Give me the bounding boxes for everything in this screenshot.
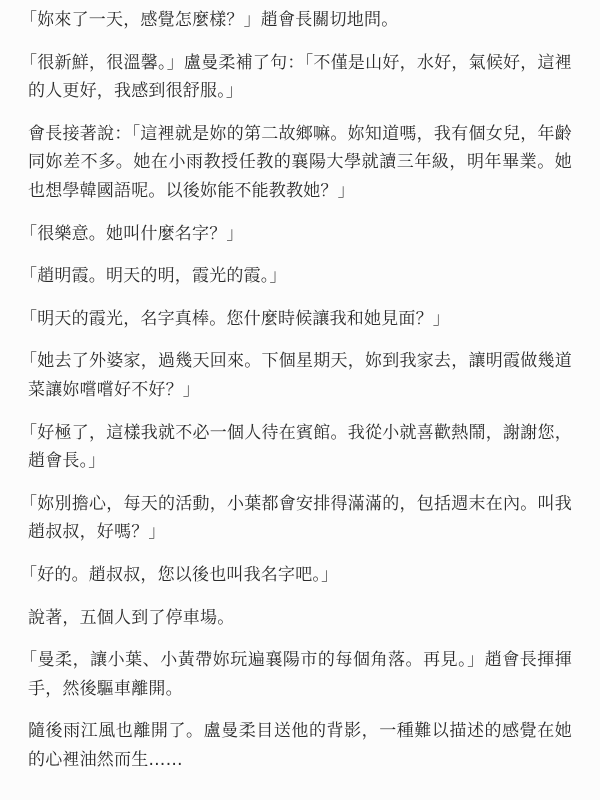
paragraph: 「明天的霞光，名字真棒。您什麼時候讓我和她見面？」 [28,305,572,334]
paragraph: 說著，五個人到了停車場。 [28,604,572,633]
paragraph: 「妳別擔心，每天的活動，小葉都會安排得滿滿的，包括週末在內。叫我趙叔叔，好嗎？」 [28,490,572,547]
paragraph: 「曼柔，讓小葉、小黃帶妳玩遍襄陽市的每個角落。再見。」趙會長揮揮手，然後驅車離開… [28,646,572,703]
paragraph: 會長接著說：「這裡就是妳的第二故鄉嘛。妳知道嗎，我有個女兒，年齡同妳差不多。她在… [28,120,572,206]
paragraph: 「很樂意。她叫什麼名字？」 [28,220,572,249]
paragraph: 「她去了外婆家，過幾天回來。下個星期天，妳到我家去，讓明霞做幾道菜讓妳嚐嚐好不好… [28,347,572,404]
reader-page: 「妳來了一天，感覺怎麼樣？」趙會長關切地問。 「很新鮮，很溫馨。」盧曼柔補了句：… [0,0,600,774]
paragraph: 「好的。趙叔叔，您以後也叫我名字吧。」 [28,561,572,590]
paragraph: 隨後雨江風也離開了。盧曼柔目送他的背影，一種難以描述的感覺在她的心裡油然而生…… [28,717,572,774]
paragraph: 「趙明霞。明天的明，霞光的霞。」 [28,262,572,291]
paragraph: 「好極了，這樣我就不必一個人待在賓館。我從小就喜歡熱鬧，謝謝您，趙會長。」 [28,419,572,476]
paragraph: 「妳來了一天，感覺怎麼樣？」趙會長關切地問。 [28,6,572,35]
paragraph: 「很新鮮，很溫馨。」盧曼柔補了句：「不僅是山好，水好，氣候好，這裡的人更好，我感… [28,49,572,106]
